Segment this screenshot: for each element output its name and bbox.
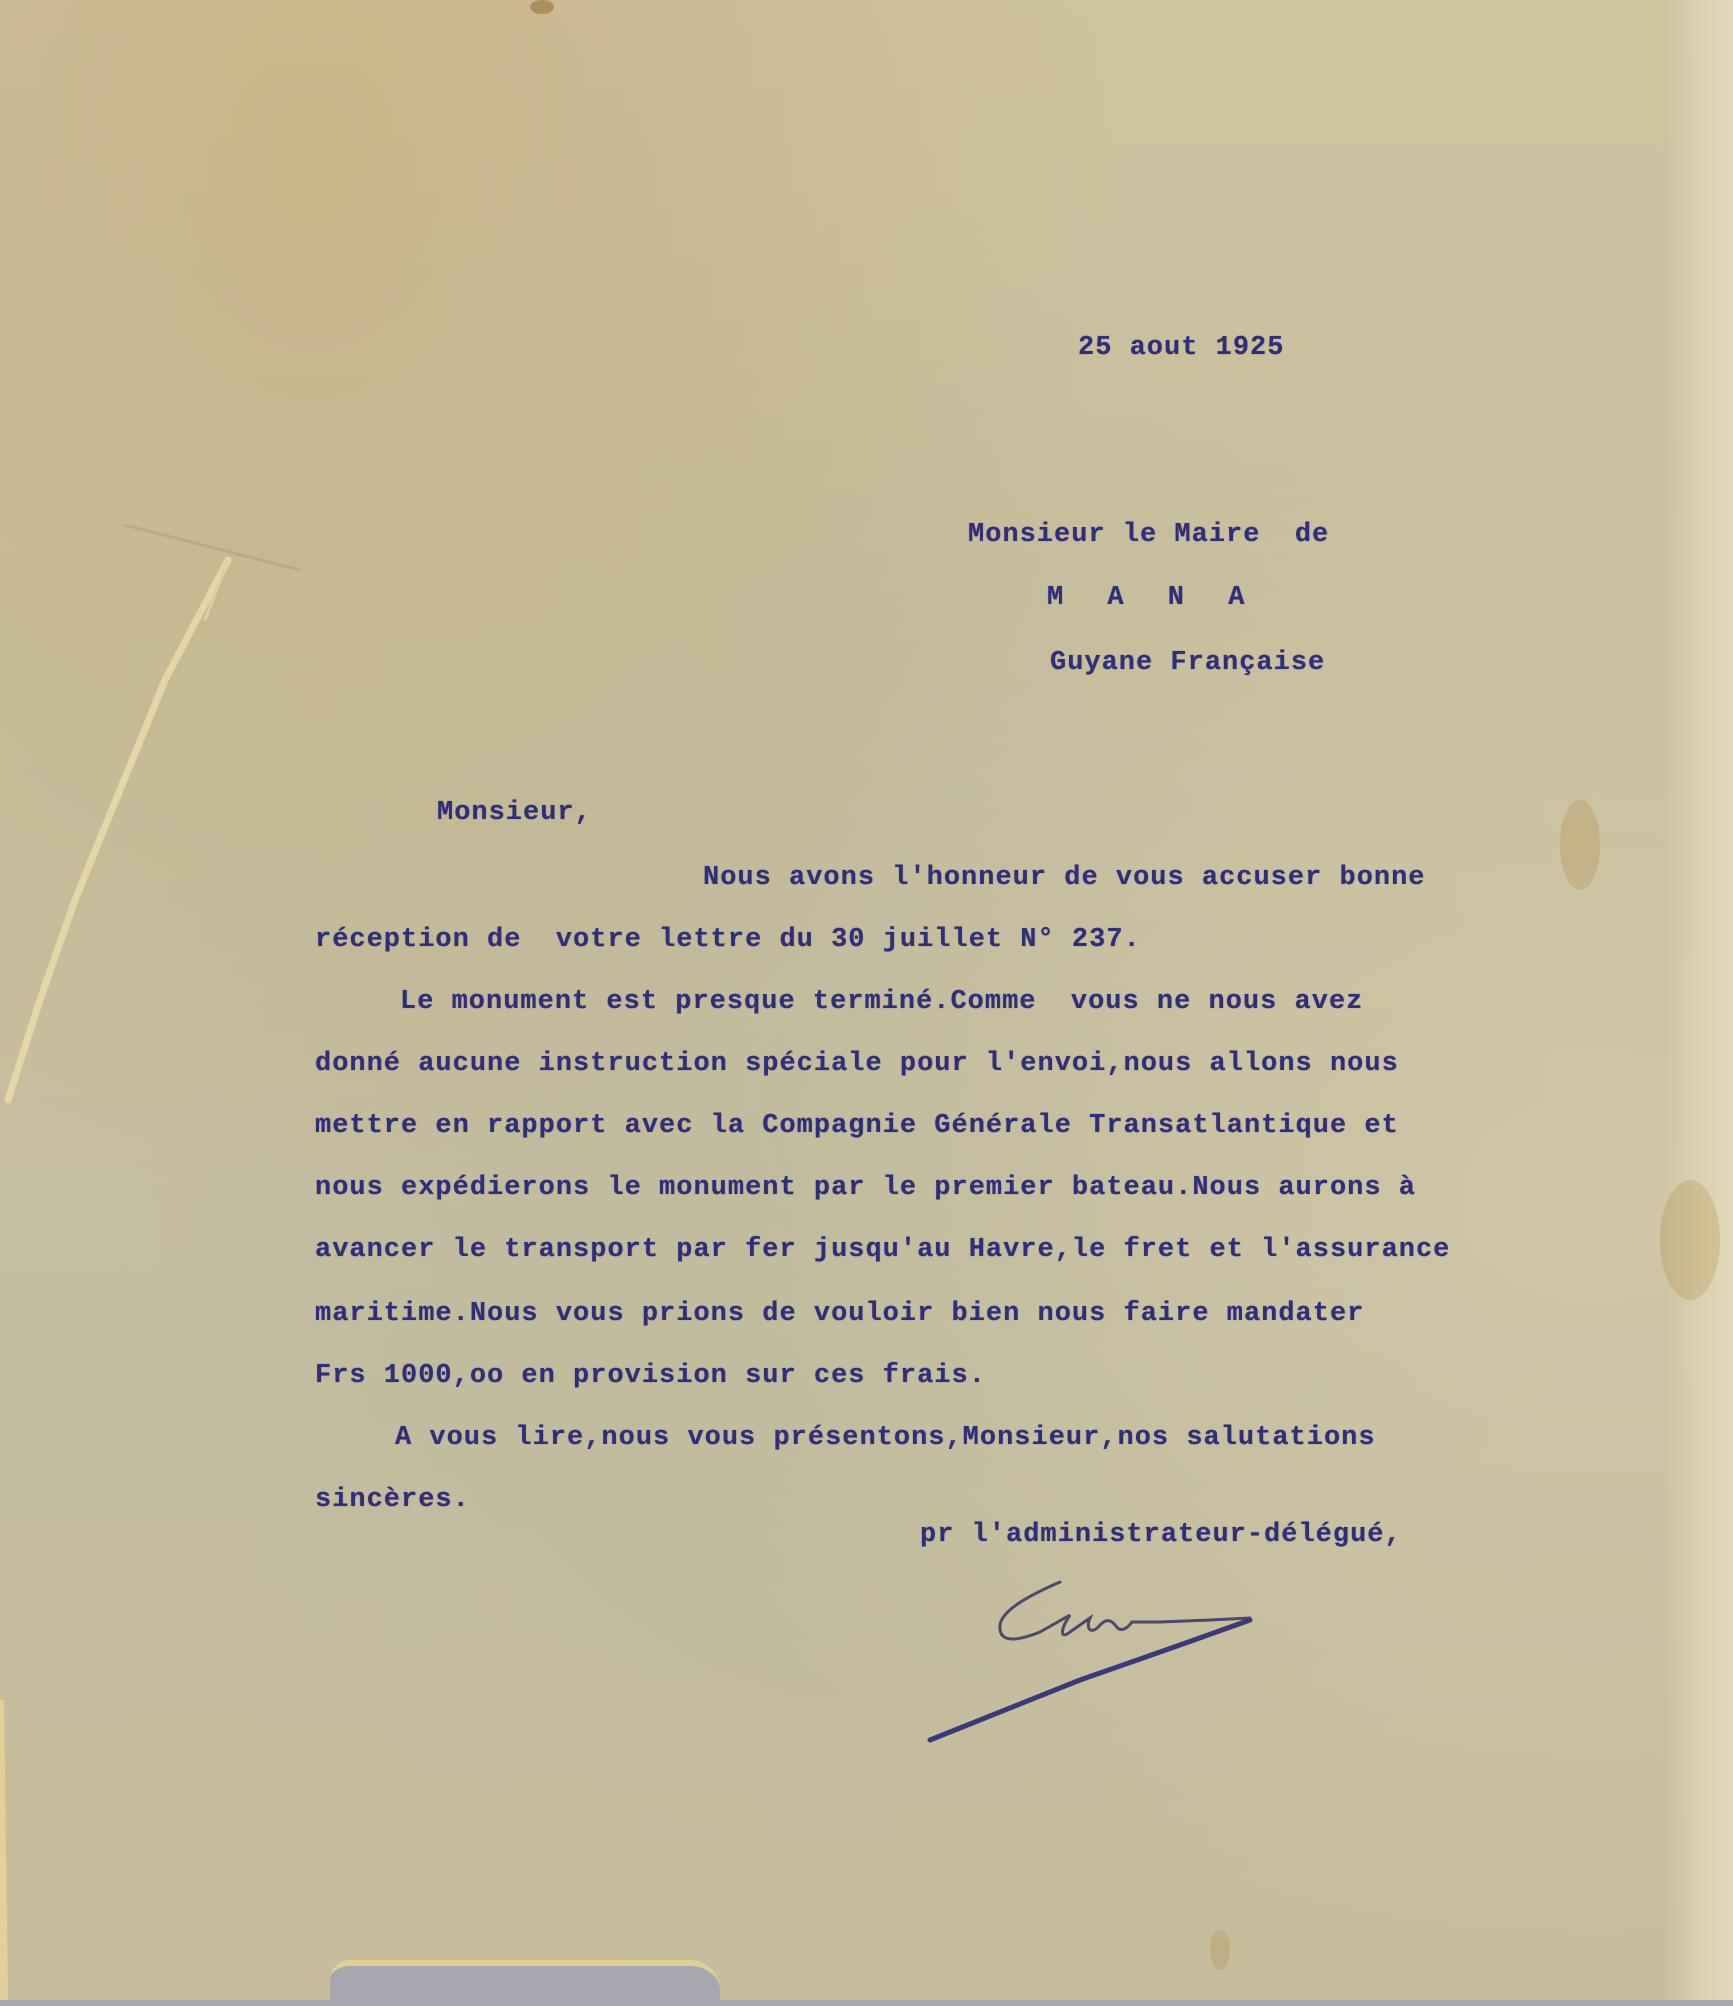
- signature-icon: [920, 1570, 1340, 1750]
- body-line: sincères.: [315, 1485, 470, 1515]
- recipient-line-2: M A N A: [1047, 583, 1258, 613]
- recipient-line-1: Monsieur le Maire de: [968, 520, 1329, 550]
- body-line: maritime.Nous vous prions de vouloir bie…: [315, 1299, 1364, 1329]
- letter-page: 25 aout 1925 Monsieur le Maire de M A N …: [0, 0, 1733, 2000]
- body-line: A vous lire,nous vous présentons,Monsieu…: [395, 1423, 1376, 1453]
- body-line: réception de votre lettre du 30 juillet …: [315, 925, 1141, 955]
- signoff: pr l'administrateur-délégué,: [920, 1520, 1402, 1550]
- body-line: avancer le transport par fer jusqu'au Ha…: [315, 1235, 1450, 1265]
- letter-date: 25 aout 1925: [1078, 333, 1284, 363]
- salutation: Monsieur,: [437, 798, 592, 828]
- body-line: donné aucune instruction spéciale pour l…: [315, 1049, 1399, 1079]
- stain: [1210, 1930, 1230, 1970]
- stain: [530, 0, 554, 14]
- body-line: mettre en rapport avec la Compagnie Géné…: [315, 1111, 1399, 1141]
- body-line: Frs 1000,oo en provision sur ces frais.: [315, 1361, 986, 1391]
- torn-corner: [330, 1960, 720, 2000]
- stain: [1560, 800, 1600, 890]
- recipient-line-3: Guyane Française: [1050, 648, 1325, 678]
- paper-right-edge: [1663, 0, 1733, 2000]
- stain: [1660, 1180, 1720, 1300]
- body-line: Le monument est presque terminé.Comme vo…: [400, 987, 1363, 1017]
- body-line: nous expédierons le monument par le prem…: [315, 1173, 1416, 1203]
- body-line: Nous avons l'honneur de vous accuser bon…: [703, 863, 1426, 893]
